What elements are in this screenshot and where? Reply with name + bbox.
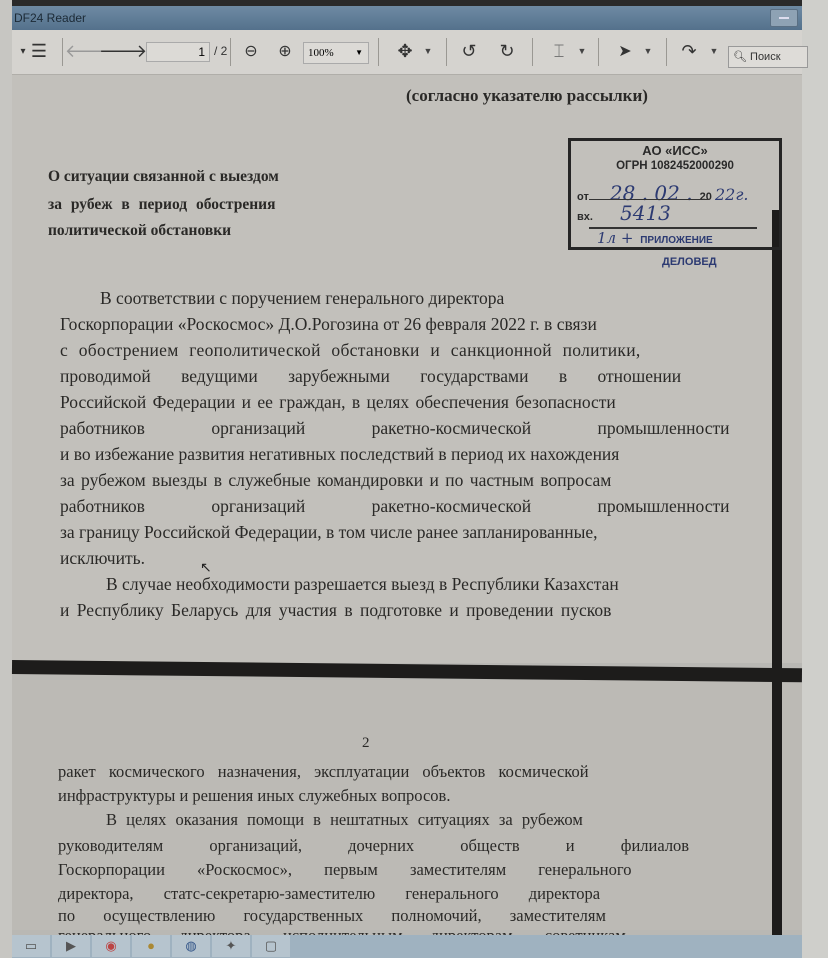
os-taskbar: ▭ ▶ ◉ ● ◍ ✦ ▢ bbox=[12, 935, 802, 958]
zoom-out-icon[interactable]: ⊖ bbox=[240, 38, 262, 64]
body-line: инфраструктуры и решения иных служебных … bbox=[58, 786, 450, 806]
arrow-right-icon[interactable]: 🡒 bbox=[112, 38, 134, 64]
registration-stamp: АО «ИСС» ОГРН 1082452000290 от 28 . 02 .… bbox=[568, 138, 782, 250]
body-line: по осуществлению государственных полномо… bbox=[58, 906, 606, 926]
body-line: В случае необходимости разрешается выезд… bbox=[106, 574, 619, 595]
chevron-down-icon: ▼ bbox=[355, 43, 363, 63]
minimize-button[interactable] bbox=[770, 9, 798, 27]
body-line: и во избежание развития негативных после… bbox=[60, 444, 619, 465]
stamp-ogrn: ОГРН 1082452000290 bbox=[571, 160, 779, 172]
page-count: / 2 bbox=[214, 44, 227, 58]
chrome-icon[interactable]: ◉ bbox=[92, 935, 130, 957]
stamp-attachment-handwritten: 1л + bbox=[597, 229, 633, 247]
zoom-level-select[interactable]: 100% ▼ bbox=[303, 42, 369, 64]
body-line: Российской Федерации и ее граждан, в цел… bbox=[60, 392, 616, 413]
screen-bezel-left bbox=[0, 0, 12, 958]
stamp-date-line bbox=[589, 199, 709, 200]
pan-icon[interactable]: ✥ bbox=[394, 38, 416, 64]
body-line: Госкорпорации «Роскосмос», первым замест… bbox=[58, 860, 631, 880]
body-line: проводимой ведущими зарубежными государс… bbox=[60, 366, 681, 387]
search-input[interactable]: 🔍︎ Поиск bbox=[728, 46, 808, 68]
subject-line: О ситуации связанной с выездом bbox=[48, 168, 316, 186]
fit-dropdown-icon[interactable]: ▼ bbox=[576, 38, 588, 64]
stamp-number-prefix: вх. bbox=[577, 211, 593, 223]
media-icon[interactable]: ▶ bbox=[52, 935, 90, 957]
screen-bezel-right bbox=[802, 0, 828, 958]
body-line: работников организаций ракетно-космическ… bbox=[60, 418, 730, 439]
page-number: 2 bbox=[362, 735, 370, 752]
rotate-right-icon[interactable]: ↻ bbox=[496, 38, 518, 64]
toolbar-separator bbox=[666, 38, 667, 66]
stamp-clerk-label: ДЕЛОВЕД bbox=[662, 256, 717, 268]
cursor-dropdown-icon[interactable]: ▼ bbox=[642, 38, 654, 64]
body-line: директора, статс-секретарю-заместителю г… bbox=[58, 884, 600, 904]
subject-line: политической обстановки bbox=[48, 222, 231, 240]
fit-width-icon[interactable]: ⌶ bbox=[548, 38, 570, 64]
body-line: В соответствии с поручением генерального… bbox=[100, 288, 706, 309]
stamp-attachment: 1л + ПРИЛОЖЕНИЕ bbox=[597, 229, 713, 247]
body-line: работников организаций ракетно-космическ… bbox=[60, 496, 730, 517]
stamp-year-handwritten: 22г. bbox=[715, 185, 749, 204]
mouse-cursor-icon: ↖ bbox=[200, 560, 212, 577]
body-line: за рубежом выезды в служебные командиров… bbox=[60, 470, 611, 491]
body-line: с обострением геополитической обстановки… bbox=[60, 340, 641, 361]
stamp-attachment-label: ПРИЛОЖЕНИЕ bbox=[640, 235, 713, 246]
window-icon[interactable]: ▢ bbox=[252, 935, 290, 957]
body-line: руководителям организаций, дочерних обще… bbox=[58, 836, 689, 856]
search-icon: 🔍︎ bbox=[733, 51, 747, 63]
body-line: исключить. bbox=[60, 548, 145, 569]
tool-icon[interactable]: ✦ bbox=[212, 935, 250, 957]
toolbar-separator bbox=[62, 38, 63, 66]
toolbar-separator bbox=[598, 38, 599, 66]
body-line: ракет космического назначения, эксплуата… bbox=[58, 762, 589, 782]
stamp-number-handwritten: 5413 bbox=[620, 201, 671, 225]
rotate-left-icon[interactable]: ↺ bbox=[458, 38, 480, 64]
page-number-input[interactable]: 1 bbox=[146, 42, 210, 62]
body-line: В целях оказания помощи в нештатных ситу… bbox=[106, 810, 583, 830]
addressee-note: (согласно указателю рассылки) bbox=[406, 86, 648, 106]
body-line: и Республику Беларусь для участия в подг… bbox=[60, 600, 611, 621]
app-icon[interactable]: ● bbox=[132, 935, 170, 957]
search-placeholder: Поиск bbox=[750, 51, 780, 63]
toolbar-separator bbox=[532, 38, 533, 66]
window-titlebar: DF24 Reader bbox=[12, 6, 802, 30]
window-title: DF24 Reader bbox=[14, 11, 86, 25]
page-divider bbox=[12, 660, 802, 682]
subject-line: за рубеж в период обострения bbox=[48, 196, 316, 214]
zoom-in-icon[interactable]: ⊕ bbox=[274, 38, 296, 64]
toolbar-separator bbox=[230, 38, 231, 66]
stamp-number: вх. 5413 bbox=[577, 201, 671, 225]
select-cursor-icon[interactable]: ➤ bbox=[614, 38, 636, 64]
body-line: Госкорпорации «Роскосмос» Д.О.Рогозина о… bbox=[60, 314, 597, 335]
body-line: за границу Российской Федерации, в том ч… bbox=[60, 522, 597, 543]
share-dropdown-icon[interactable]: ▼ bbox=[708, 38, 720, 64]
zoom-level-value: 100% bbox=[308, 47, 334, 59]
page-right-edge bbox=[772, 210, 782, 940]
toolbar-separator bbox=[378, 38, 379, 66]
stamp-org: АО «ИСС» bbox=[571, 143, 779, 158]
folder-icon[interactable]: ▭ bbox=[12, 935, 50, 957]
toolbar-separator bbox=[446, 38, 447, 66]
pan-dropdown-icon[interactable]: ▼ bbox=[422, 38, 434, 64]
browser-icon[interactable]: ◍ bbox=[172, 935, 210, 957]
arrow-left-icon[interactable]: 🡐 bbox=[78, 38, 100, 64]
menu-icon[interactable]: ☰ bbox=[28, 38, 50, 64]
stamp-year-prefix: 20 bbox=[700, 191, 712, 203]
reader-toolbar: ▾ ☰ 🡐 🡒 1 / 2 ⊖ ⊕ 100% ▼ ✥ ▼ ↺ ↻ ⌶ ▼ ➤ ▼… bbox=[12, 30, 802, 75]
share-icon[interactable]: ↷ bbox=[678, 38, 700, 64]
